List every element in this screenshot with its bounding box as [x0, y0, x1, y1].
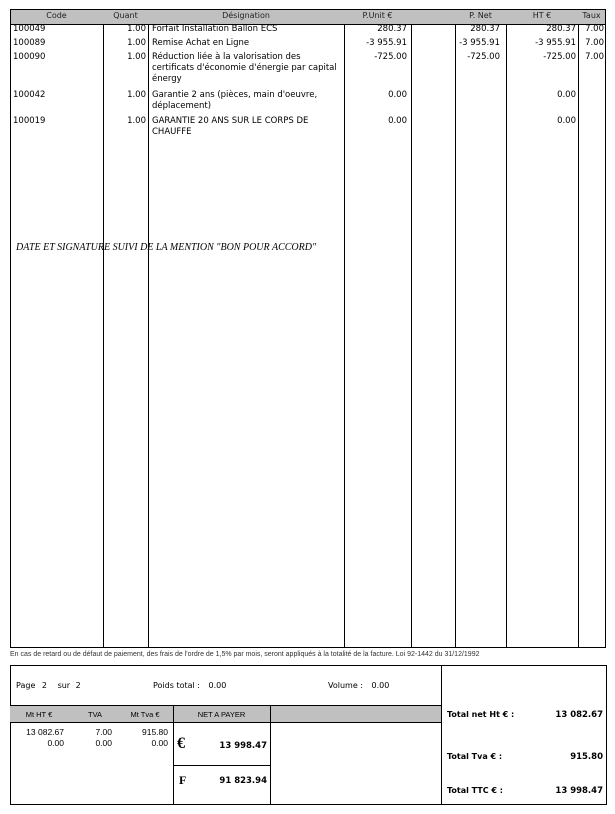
weight-value: 0.00	[209, 681, 227, 690]
table-bottom-border	[10, 647, 606, 648]
total-value: 13 082.67	[520, 710, 603, 720]
page-indicator: Page 2 sur 2	[16, 681, 81, 690]
total-label: Total net Ht € :	[447, 710, 514, 719]
row-pnet: -3 955.91	[456, 38, 500, 49]
total-label: Total TTC € :	[447, 786, 503, 795]
vat-mt-ht: 0.00	[10, 738, 64, 748]
row-code: 100019	[13, 116, 45, 127]
euro-amount: 13 998.47	[190, 741, 267, 751]
col-divider	[605, 9, 606, 648]
legal-note: En cas de retard ou de défaut de paiemen…	[10, 651, 479, 658]
vat-header-mt-ht: Mt HT €	[14, 710, 64, 719]
page-of-label: sur	[58, 681, 71, 690]
vat-mt-tva: 0.00	[120, 738, 168, 748]
header-designation: Désignation	[148, 10, 344, 22]
header-ht: HT €	[506, 10, 578, 22]
header-taux: Taux	[578, 10, 605, 22]
row-punit: -3 955.91	[345, 38, 407, 49]
net-row-divider	[173, 765, 270, 766]
vat-mt-ht: 13 082.67	[10, 727, 64, 737]
row-quant: 1.00	[104, 52, 146, 63]
row-quant: 1.00	[104, 24, 146, 35]
total-value: 13 998.47	[520, 786, 603, 796]
row-code: 100049	[13, 24, 45, 35]
row-ht: 0.00	[507, 90, 576, 101]
row-designation: Remise Achat en Ligne	[152, 38, 340, 49]
page-total: 2	[76, 681, 81, 690]
row-quant: 1.00	[104, 116, 146, 127]
row-quant: 1.00	[104, 38, 146, 49]
franc-symbol: F	[179, 773, 186, 788]
header-pnet: P. Net	[455, 10, 506, 22]
row-pnet: 280.37	[456, 24, 500, 35]
page-current: 2	[42, 681, 47, 690]
row-taux: 7.00	[579, 24, 604, 35]
weight-total: Poids total : 0.00	[153, 681, 226, 690]
col-divider	[455, 24, 456, 648]
col-divider	[10, 9, 11, 648]
vat-header-tva: TVA	[80, 710, 110, 719]
row-code: 100089	[13, 38, 45, 49]
vat-header-mt-tva: Mt Tva €	[120, 710, 170, 719]
col-divider	[411, 24, 412, 648]
row-designation: GARANTIE 20 ANS SUR LE CORPS DE CHAUFFE	[152, 116, 340, 138]
signature-note: DATE ET SIGNATURE SUIVI DE LA MENTION "B…	[16, 242, 316, 253]
franc-amount: 91 823.94	[190, 776, 267, 786]
row-ht: 280.37	[507, 24, 576, 35]
row-taux: 7.00	[579, 52, 604, 63]
vat-tva: 0.00	[80, 738, 112, 748]
volume-label: Volume :	[328, 681, 363, 690]
total-value: 915.80	[520, 752, 603, 762]
col-divider	[148, 24, 149, 648]
volume-value: 0.00	[372, 681, 390, 690]
vat-tva: 7.00	[80, 727, 112, 737]
row-designation: Réduction liée à la valorisation des cer…	[152, 52, 340, 85]
header-punit: P.Unit €	[344, 10, 411, 22]
net-to-pay-label: NET A PAYER	[173, 710, 270, 719]
vat-mt-tva: 915.80	[120, 727, 168, 737]
row-designation: Garantie 2 ans (pièces, main d'oeuvre, d…	[152, 90, 340, 112]
row-ht: -3 955.91	[507, 38, 576, 49]
footer-divider	[441, 665, 442, 805]
row-punit: 0.00	[345, 90, 407, 101]
row-code: 100042	[13, 90, 45, 101]
header-quant: Quant	[103, 10, 148, 22]
net-divider	[270, 705, 271, 805]
row-ht: 0.00	[507, 116, 576, 127]
volume-total: Volume : 0.00	[328, 681, 389, 690]
col-divider	[578, 24, 579, 648]
row-pnet: -725.00	[456, 52, 500, 63]
vat-divider	[173, 705, 174, 805]
row-punit: -725.00	[345, 52, 407, 63]
row-code: 100090	[13, 52, 45, 63]
total-label: Total Tva € :	[447, 752, 502, 761]
row-ht: -725.00	[507, 52, 576, 63]
row-taux: 7.00	[579, 38, 604, 49]
page-label: Page	[16, 681, 35, 690]
header-code: Code	[10, 10, 103, 22]
weight-label: Poids total :	[153, 681, 200, 690]
row-designation: Forfait Installation Ballon ECS	[152, 24, 340, 35]
row-punit: 280.37	[345, 24, 407, 35]
euro-symbol: €	[177, 735, 185, 753]
row-quant: 1.00	[104, 90, 146, 101]
row-punit: 0.00	[345, 116, 407, 127]
